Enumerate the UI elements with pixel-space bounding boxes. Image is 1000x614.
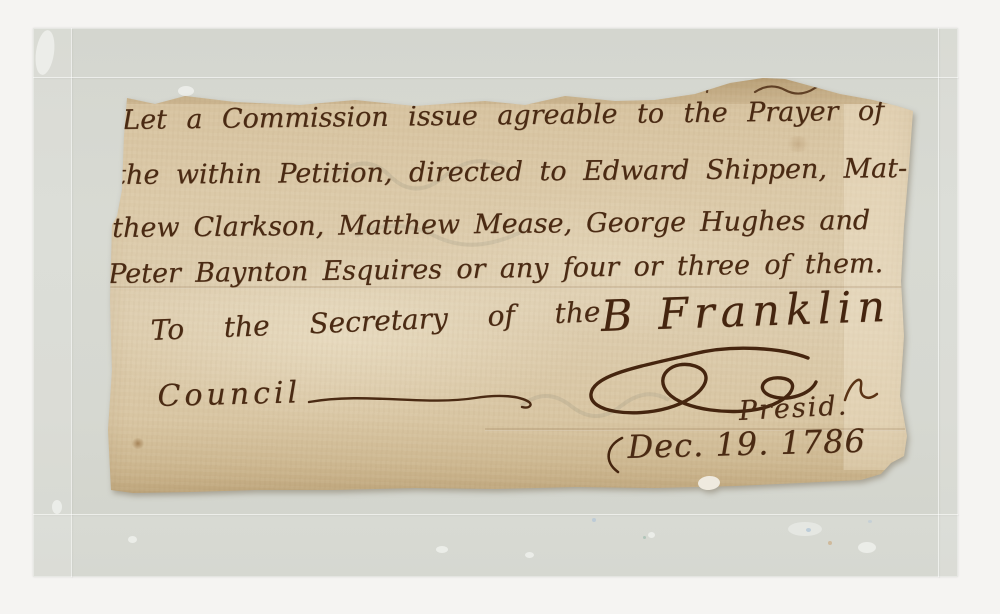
mat-edge-strip-right xyxy=(938,28,958,577)
mat-edge-strip-bottom xyxy=(33,514,958,577)
manuscript-line: the within Petition, directed to Edward … xyxy=(115,154,907,191)
mat-fleck xyxy=(128,536,137,543)
date-line: Dec. 19. 1786 xyxy=(627,422,866,466)
date-flourish xyxy=(600,434,626,474)
mat-fleck xyxy=(436,546,448,553)
mat-edge-strip-left xyxy=(33,28,71,577)
manuscript-line: thew Clarkson, Matthew Mease, George Hug… xyxy=(112,206,870,244)
mat-speck xyxy=(868,520,872,523)
mat-fleck xyxy=(525,552,534,558)
mat-fleck xyxy=(52,500,62,514)
mat-speck xyxy=(806,528,811,532)
manuscript-line: Peter Baynton Esquires or any four or th… xyxy=(108,249,883,290)
photo-backdrop: { "manuscript": { "lines": [ "Let a Comm… xyxy=(0,0,1000,614)
mat-crease-left xyxy=(71,28,72,577)
mat-fleck xyxy=(858,542,876,553)
mat-speck xyxy=(828,541,832,545)
manuscript-paper-wrap: Let a Commission issue agreable to the P… xyxy=(95,76,920,496)
mat-speck xyxy=(592,518,596,522)
mat-fleck xyxy=(648,532,655,538)
franklin-signature: B Franklin xyxy=(600,282,892,342)
mat-fleck xyxy=(788,522,822,536)
paper-stain xyxy=(131,438,145,449)
address-line-2: Council xyxy=(157,375,302,414)
manuscript-paper: Let a Commission issue agreable to the P… xyxy=(95,76,920,496)
paper-stain xyxy=(785,136,811,152)
signature-title: Presid. xyxy=(738,390,849,427)
address-line-1: To the Secretary of the xyxy=(150,295,601,347)
address-flourish xyxy=(305,388,535,412)
mat-speck xyxy=(643,536,646,539)
paper-chip xyxy=(698,475,721,491)
